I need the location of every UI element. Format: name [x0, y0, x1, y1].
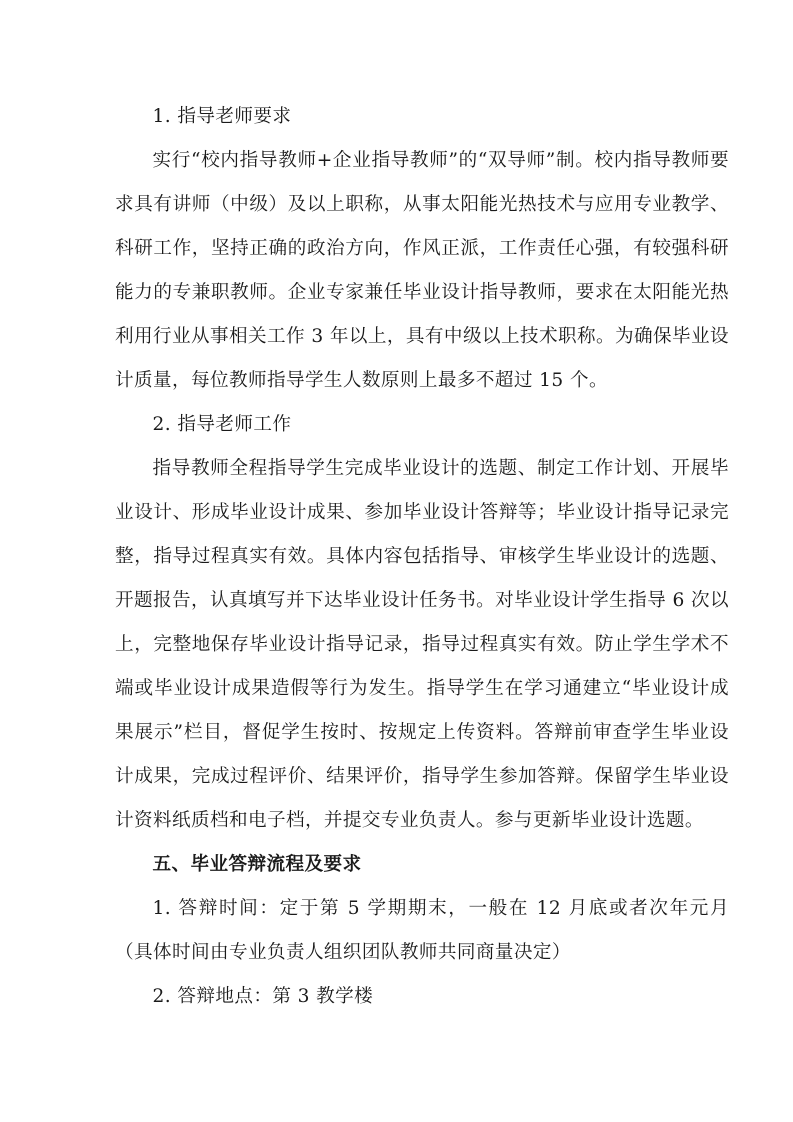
subheading-advisor-requirements: 1. 指导老师要求	[115, 95, 729, 139]
paragraph-defense-location: 2. 答辩地点：第 3 教学楼	[115, 975, 729, 1019]
subheading-advisor-duties: 2. 指导老师工作	[115, 403, 729, 447]
document-page: 1. 指导老师要求 实行“校内指导教师+企业指导教师”的“双导师”制。校内指导教…	[0, 0, 793, 1122]
paragraph-defense-time: 1. 答辩时间：定于第 5 学期期末，一般在 12 月底或者次年元月（具体时间由…	[115, 887, 729, 975]
paragraph-advisor-duties: 指导教师全程指导学生完成毕业设计的选题、制定工作计划、开展毕业设计、形成毕业设计…	[115, 447, 729, 843]
paragraph-advisor-requirements: 实行“校内指导教师+企业指导教师”的“双导师”制。校内指导教师要求具有讲师（中级…	[115, 139, 729, 403]
document-body: 1. 指导老师要求 实行“校内指导教师+企业指导教师”的“双导师”制。校内指导教…	[115, 95, 729, 1019]
section-heading-defense-process: 五、毕业答辩流程及要求	[115, 843, 729, 887]
